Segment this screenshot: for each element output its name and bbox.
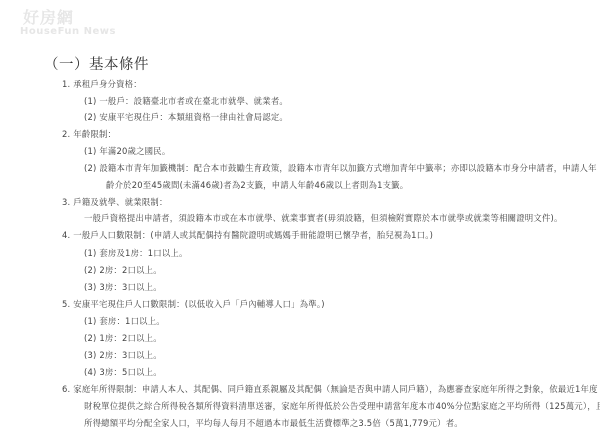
item-4-sub-2: (2) 2房：2口以上。 — [84, 264, 162, 276]
item-2-sub-1: (1) 年滿20歲之國民。 — [84, 145, 170, 157]
housefun-watermark-logo: 好房網 HouseFun News — [20, 10, 116, 37]
item-1-sub-2: (2) 安康平宅現住戶：本類組資格一律由社會局認定。 — [84, 111, 288, 123]
item-6-cont-2: 所得總額平均分配全家人口，平均每人每月不超過本市最低生活費標準之3.5倍（5萬1… — [84, 417, 463, 429]
watermark-cn: 好房網 — [23, 10, 116, 26]
item-1-sub-1: (1) 一般戶：設籍臺北市者或在臺北市就學、就業者。 — [84, 95, 288, 107]
item-3-label: 3. 戶籍及就學、就業限制： — [62, 196, 168, 208]
item-1-label: 1. 承租戶身分資格： — [62, 78, 142, 90]
item-4-sub-3: (3) 3房：3口以上。 — [84, 281, 162, 293]
item-5-label: 5. 安康平宅現住戶人口數限制：(以低收入戶「戶內輔導人口」為準。) — [62, 298, 325, 310]
section-heading: （一）基本條件 — [44, 53, 149, 74]
item-2-sub-2-cont: 齡介於20至45歲間(未滿46歲)者為2支籤，申請人年齡46歲以上者則為1支籤。 — [106, 179, 408, 191]
item-3-sub-1: 一般戶資格提出申請者，須設籍本市或在本市就學、就業事實者(毋須設籍，但須檢附實際… — [84, 212, 563, 224]
item-5-sub-3: (3) 2房：3口以上。 — [84, 349, 162, 361]
item-2-label: 2. 年齡限制： — [62, 128, 116, 140]
item-4-label: 4. 一般戶人口數限制：(申請人或其配偶持有醫院證明或媽媽手冊能證明已懷孕者，胎… — [62, 229, 433, 241]
item-4-sub-1: (1) 套房及1房：1口以上。 — [84, 247, 188, 259]
watermark-en: HouseFun News — [20, 27, 116, 37]
item-5-sub-1: (1) 套房：1口以上。 — [84, 315, 165, 327]
item-6-label: 6. 家庭年所得限制：申請人本人、其配偶、同戶籍直系親屬及其配偶（無論是否與申請… — [62, 383, 598, 395]
item-6-cont-1: 財稅單位提供之綜合所得稅各類所得資料清單送審，家庭年所得低於公告受理申請當年度本… — [84, 400, 600, 412]
item-5-sub-4: (4) 3房：5口以上。 — [84, 366, 162, 378]
item-5-sub-2: (2) 1房：2口以上。 — [84, 332, 162, 344]
item-2-sub-2: (2) 設籍本市青年加籤機制：配合本市鼓勵生育政策，設籍本市青年以加籤方式增加青… — [84, 162, 597, 174]
